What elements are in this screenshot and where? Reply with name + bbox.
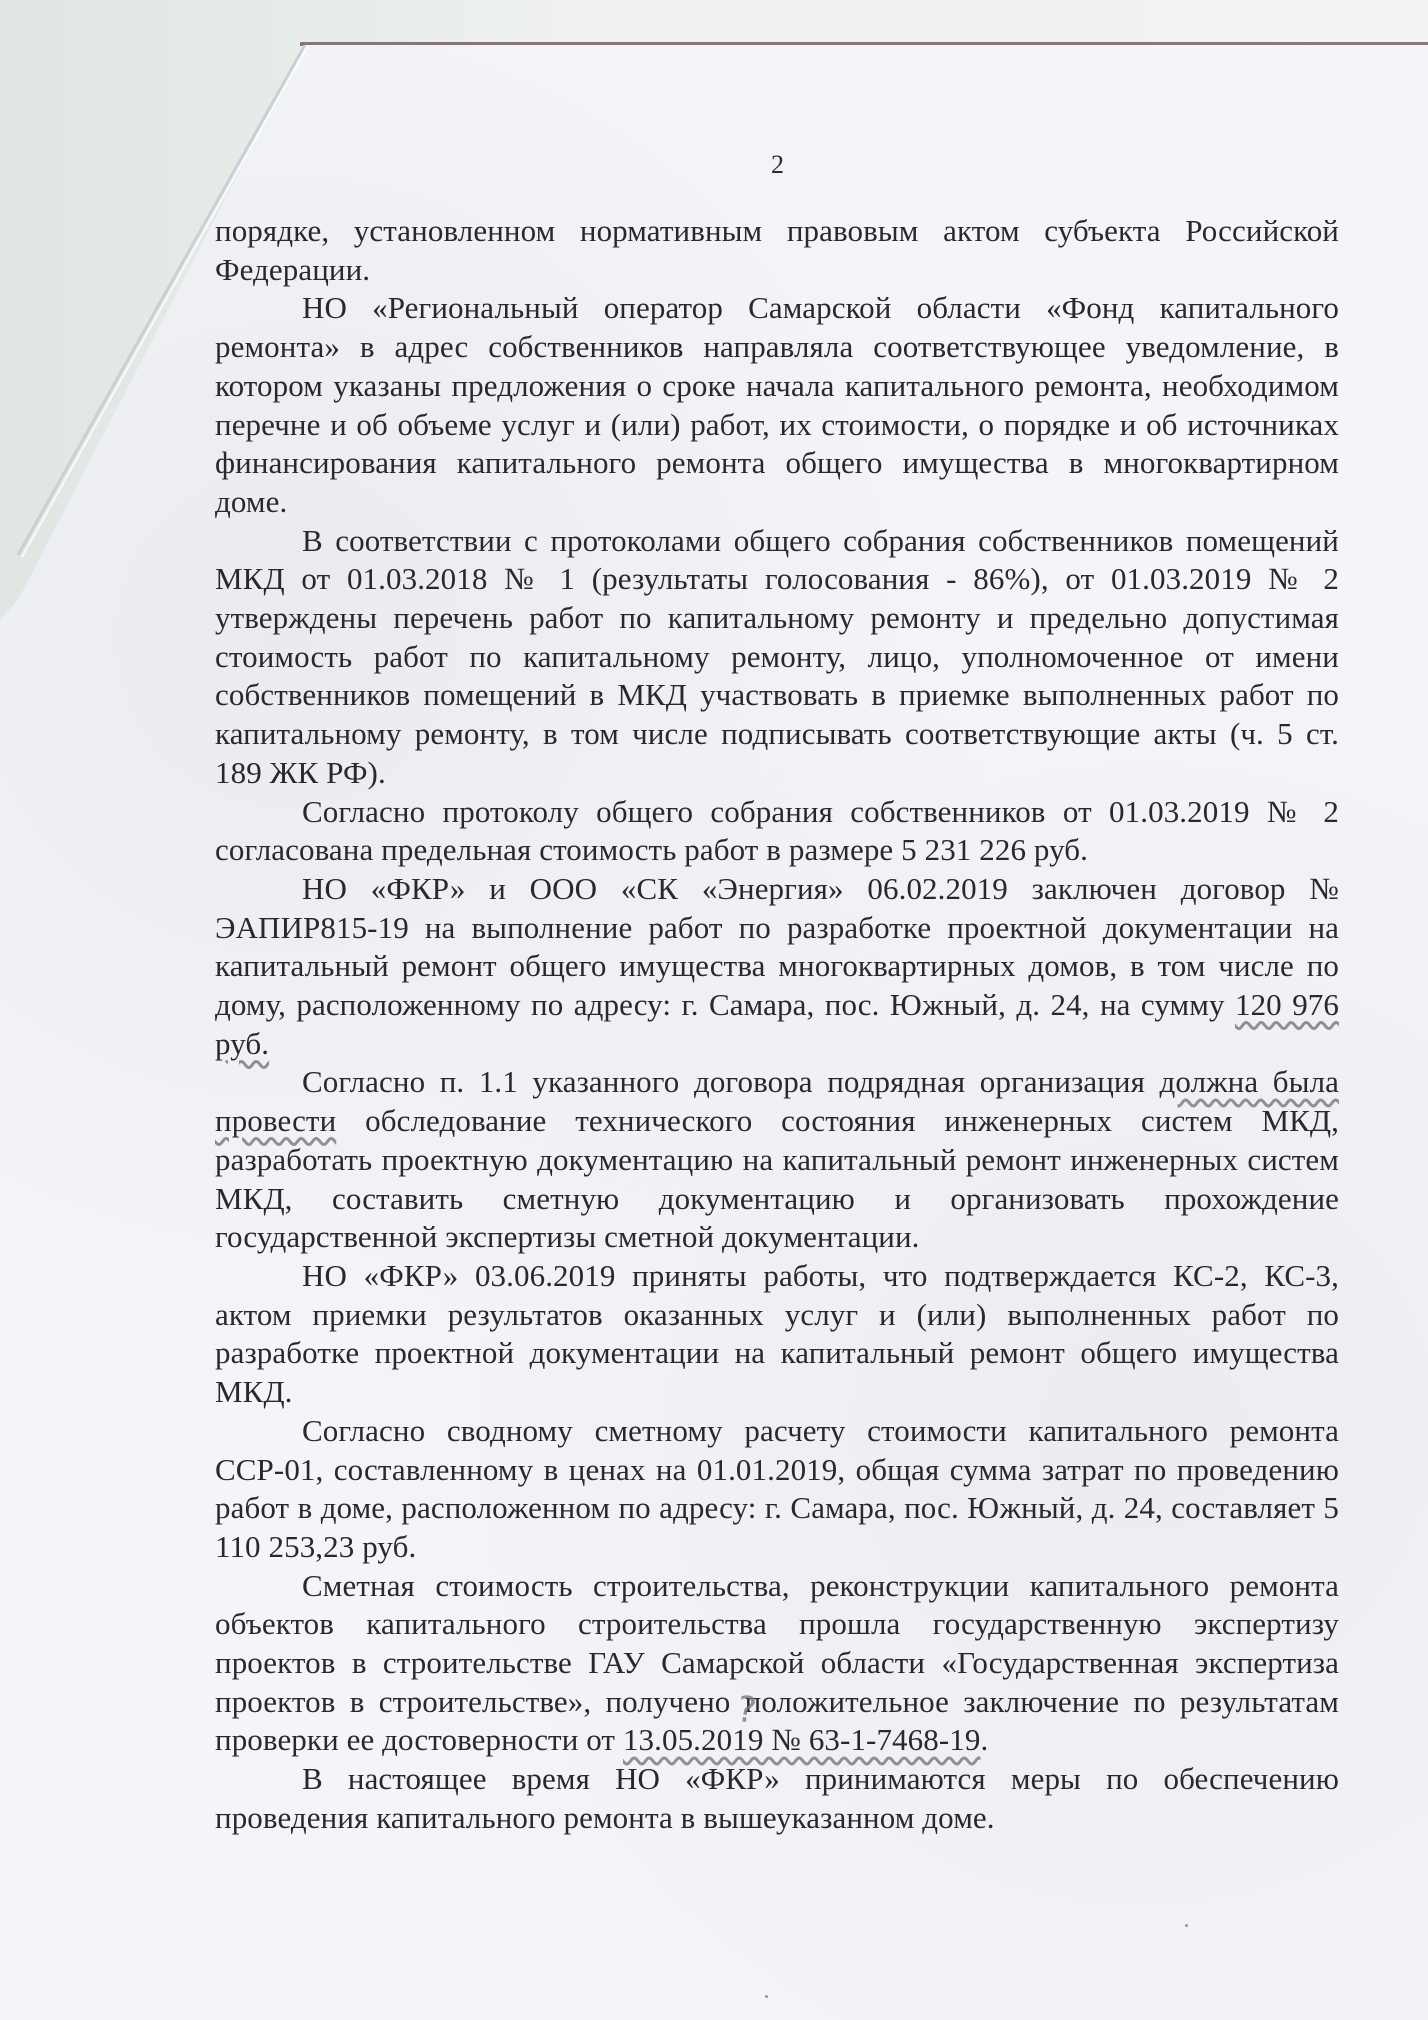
paragraph-p5: НО «ФКР» и ООО «СК «Энергия» 06.02.2019 … [215,870,1339,1064]
paragraph-text: НО «ФКР» 03.06.2019 приняты работы, что … [215,1258,1339,1409]
paragraph-text: В настоящее время НО «ФКР» принимаются м… [215,1761,1339,1835]
scan-speck [765,1995,768,1998]
paragraph-text: Согласно п. 1.1 указанного договора подр… [302,1064,1160,1099]
paragraph-text: порядке, установленном нормативным право… [215,213,1339,287]
document-body: порядке, установленном нормативным право… [215,212,1339,1838]
paragraph-text: В соответствии с протоколами общего собр… [215,523,1339,790]
paragraph-text: . [980,1722,988,1757]
paragraph-text: НО «ФКР» и ООО «СК «Энергия» 06.02.2019 … [215,871,1339,1022]
paragraph-text: Согласно протоколу общего собрания собст… [215,794,1339,868]
pencil-underlined-text: 13.05.2019 № 63-1-7468-19 [623,1722,981,1757]
page-number: 2 [0,150,1428,180]
paragraph-p7: НО «ФКР» 03.06.2019 приняты работы, что … [215,1257,1339,1412]
paragraph-p10: В настоящее время НО «ФКР» принимаются м… [215,1760,1339,1837]
scan-speck [1185,1924,1188,1927]
paragraph-p3: В соответствии с протоколами общего собр… [215,522,1339,793]
paragraph-text: НО «Региональный оператор Самарской обла… [215,290,1339,519]
paragraph-p9: Сметная стоимость строительства, реконст… [215,1567,1339,1761]
paragraph-p6: Согласно п. 1.1 указанного договора подр… [215,1063,1339,1257]
paragraph-text: Согласно сводному сметному расчету стоим… [215,1413,1339,1564]
paragraph-p1: порядке, установленном нормативным право… [215,212,1339,289]
paragraph-p2: НО «Региональный оператор Самарской обла… [215,289,1339,521]
paragraph-p4: Согласно протоколу общего собрания собст… [215,793,1339,870]
paragraph-text: обследование технического состояния инже… [215,1103,1339,1254]
paragraph-p8: Согласно сводному сметному расчету стоим… [215,1412,1339,1567]
